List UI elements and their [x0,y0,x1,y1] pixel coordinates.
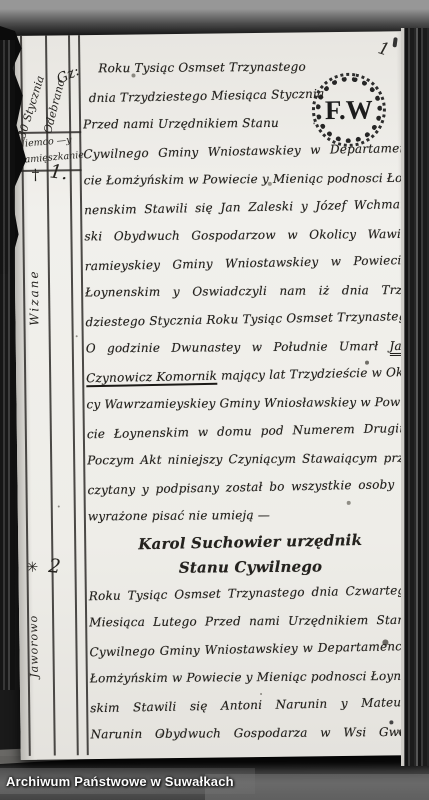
manuscript-line: Czynowicz Komornik mający lat Trzydzieśc… [86,358,410,392]
manuscript-line: Roku Tysiąc Osmset Trzynastego dnia Czwa… [89,576,413,610]
entry2-star-mark: ✳ [26,560,38,576]
line-text: cie Łoynenskim w domu pod Numerem Drugim [87,421,411,441]
register-page: 30 Stycznia Odebrano Gz: Niemco —y Zamię… [12,31,415,760]
line-text: skim Stawili się Antoni Narunin y Mateus… [90,695,414,715]
manuscript-line: Roku Tysiąc Osmset Trzynastego [82,52,406,83]
manuscript-line: ski Obydwuch Gospodarzow w Okolicy Wawio [84,220,408,251]
left-gutter-shadow [0,40,15,690]
manuscript-line: Cywilnego Gminy Wniostawskiey w Departam… [83,134,407,168]
archive-watermark-label: Archiwum Państwowe w Suwałkach [0,774,234,789]
manuscript-line: nenskim Stawili się Jan Zaleski y Józef … [84,190,408,224]
line-text-after: mający lat Trzydzieście w Okoli [217,365,419,383]
manuscript-line: czytany y podpisany został bo wszystkie … [87,470,411,504]
line-text: Cywilnego Gminy Wniostawskiey w Departam… [83,141,407,161]
manuscript-line: Łoynenskim y Oswiadczyli nam iż dnia Trz… [85,276,409,307]
manuscript-line: cie Łomżyńskim w Powiecie y Mieniąc podn… [84,164,408,195]
line-text: cie Łomżyńskim w Powiecie y Mieniąc podn… [84,171,410,188]
line-text: czytany y podpisany został bo wszystkie … [87,477,411,497]
book-binding-edge [401,28,429,766]
line-text: Przed nami Urzędnikiem Stanu [83,116,279,132]
entry1-side-note: Wizane [27,269,42,325]
manuscript-line: Miesiąca Lutego Przed nami Urzędnikiem S… [89,606,413,637]
line-text: dziestego Stycznia Roku Tysiąc Osmset Tr… [85,309,414,329]
manuscript-line: dziestego Stycznia Roku Tysiąc Osmset Tr… [85,302,409,336]
line-text: Roku Tysiąc Osmset Trzynastego dnia Czwa… [89,583,413,603]
line-text: Łomżyńskim w Powiecie y Mieniąc podnosci… [90,669,417,686]
line-text: Roku Tysiąc Osmset Trzynastego [98,60,306,76]
line-text: Łoynenskim y Oswiadczyli nam iż dnia Trz… [85,283,409,300]
line-text: cy Wawrzamieyskiey Gminy Wniosławskiey w… [86,395,411,412]
margin-box-note: Niemco —y Zamięszkanie [16,132,80,169]
manuscript-line: Przed nami Urzędnikiem Stanu [83,108,407,139]
manuscript-line: cie Łoynenskim w domu pod Numerem Drugim [87,414,411,448]
line-text: ski Obydwuch Gospodarzow w Okolicy Wawio [84,227,408,244]
line-text: Miesiąca Lutego Przed nami Urzędnikiem S… [89,613,413,630]
manuscript-line: cy Wawrzamieyskiey Gminy Wniosławskiey w… [86,388,410,419]
entry1-number: 1. [48,160,69,184]
manuscript-line: Narunin Obydwuch Gospodarza w Wsi Gwan [90,718,414,749]
entry2-side-note: Jaworowo [27,615,41,678]
line-text: Cywilnego Gminy Wniostawskiey w Departam… [89,639,413,659]
line-text: nenskim Stawili się Jan Zaleski y Józef … [84,197,408,217]
line-text: Stanu Cywilnego [179,558,323,577]
archive-watermark-bar: Archiwum Państwowe w Suwałkach [0,768,255,794]
manuscript-line: dnia Trzydziestego Miesiąca Stycznia [83,78,407,112]
line-underlined-text: Czynowicz Komornik [86,369,217,388]
manuscript-line: O godzinie Dwunastey w Południe Umarł Ja… [86,332,410,363]
line-text: Karol Suchowier urzędnik [138,531,362,553]
entry1-cross-mark: † [32,166,40,184]
ink-mark [392,37,397,47]
manuscript-line: Cywilnego Gminy Wniostawskiey w Departam… [89,632,413,666]
manuscript-line: ramieyskiey Gminy Wniostawskiey w Powiec… [85,246,409,280]
manuscript-line: Łomżyńskim w Powiecie y Mieniąc podnosci… [90,662,414,693]
manuscript-text-block: Roku Tysiąc Osmset Trzynastego dnia Trzy… [82,51,414,749]
line-text: Narunin Obydwuch Gospodarza w Wsi Gwan [90,725,414,742]
line-text: wyrażone pisać nie umieją — [88,508,270,523]
line-text: ramieyskiey Gminy Wniostawskiey w Powiec… [85,253,409,273]
line-text: Poczym Akt niniejszy Czyniącym Stawaiący… [87,451,411,468]
entry2-number: 2 [47,555,61,578]
archival-scan-view: 30 Stycznia Odebrano Gz: Niemco —y Zamię… [0,0,429,800]
manuscript-line: skim Stawili się Antoni Narunin y Mateus… [90,688,414,722]
manuscript-line: wyrażone pisać nie umieją — [88,500,412,531]
manuscript-line: Poczym Akt niniejszy Czyniącym Stawaiący… [87,444,411,475]
line-text: dnia Trzydziestego Miesiąca Stycznia [89,87,325,106]
line-text: O godzinie Dwunastey w Południe Umarł [86,339,390,355]
